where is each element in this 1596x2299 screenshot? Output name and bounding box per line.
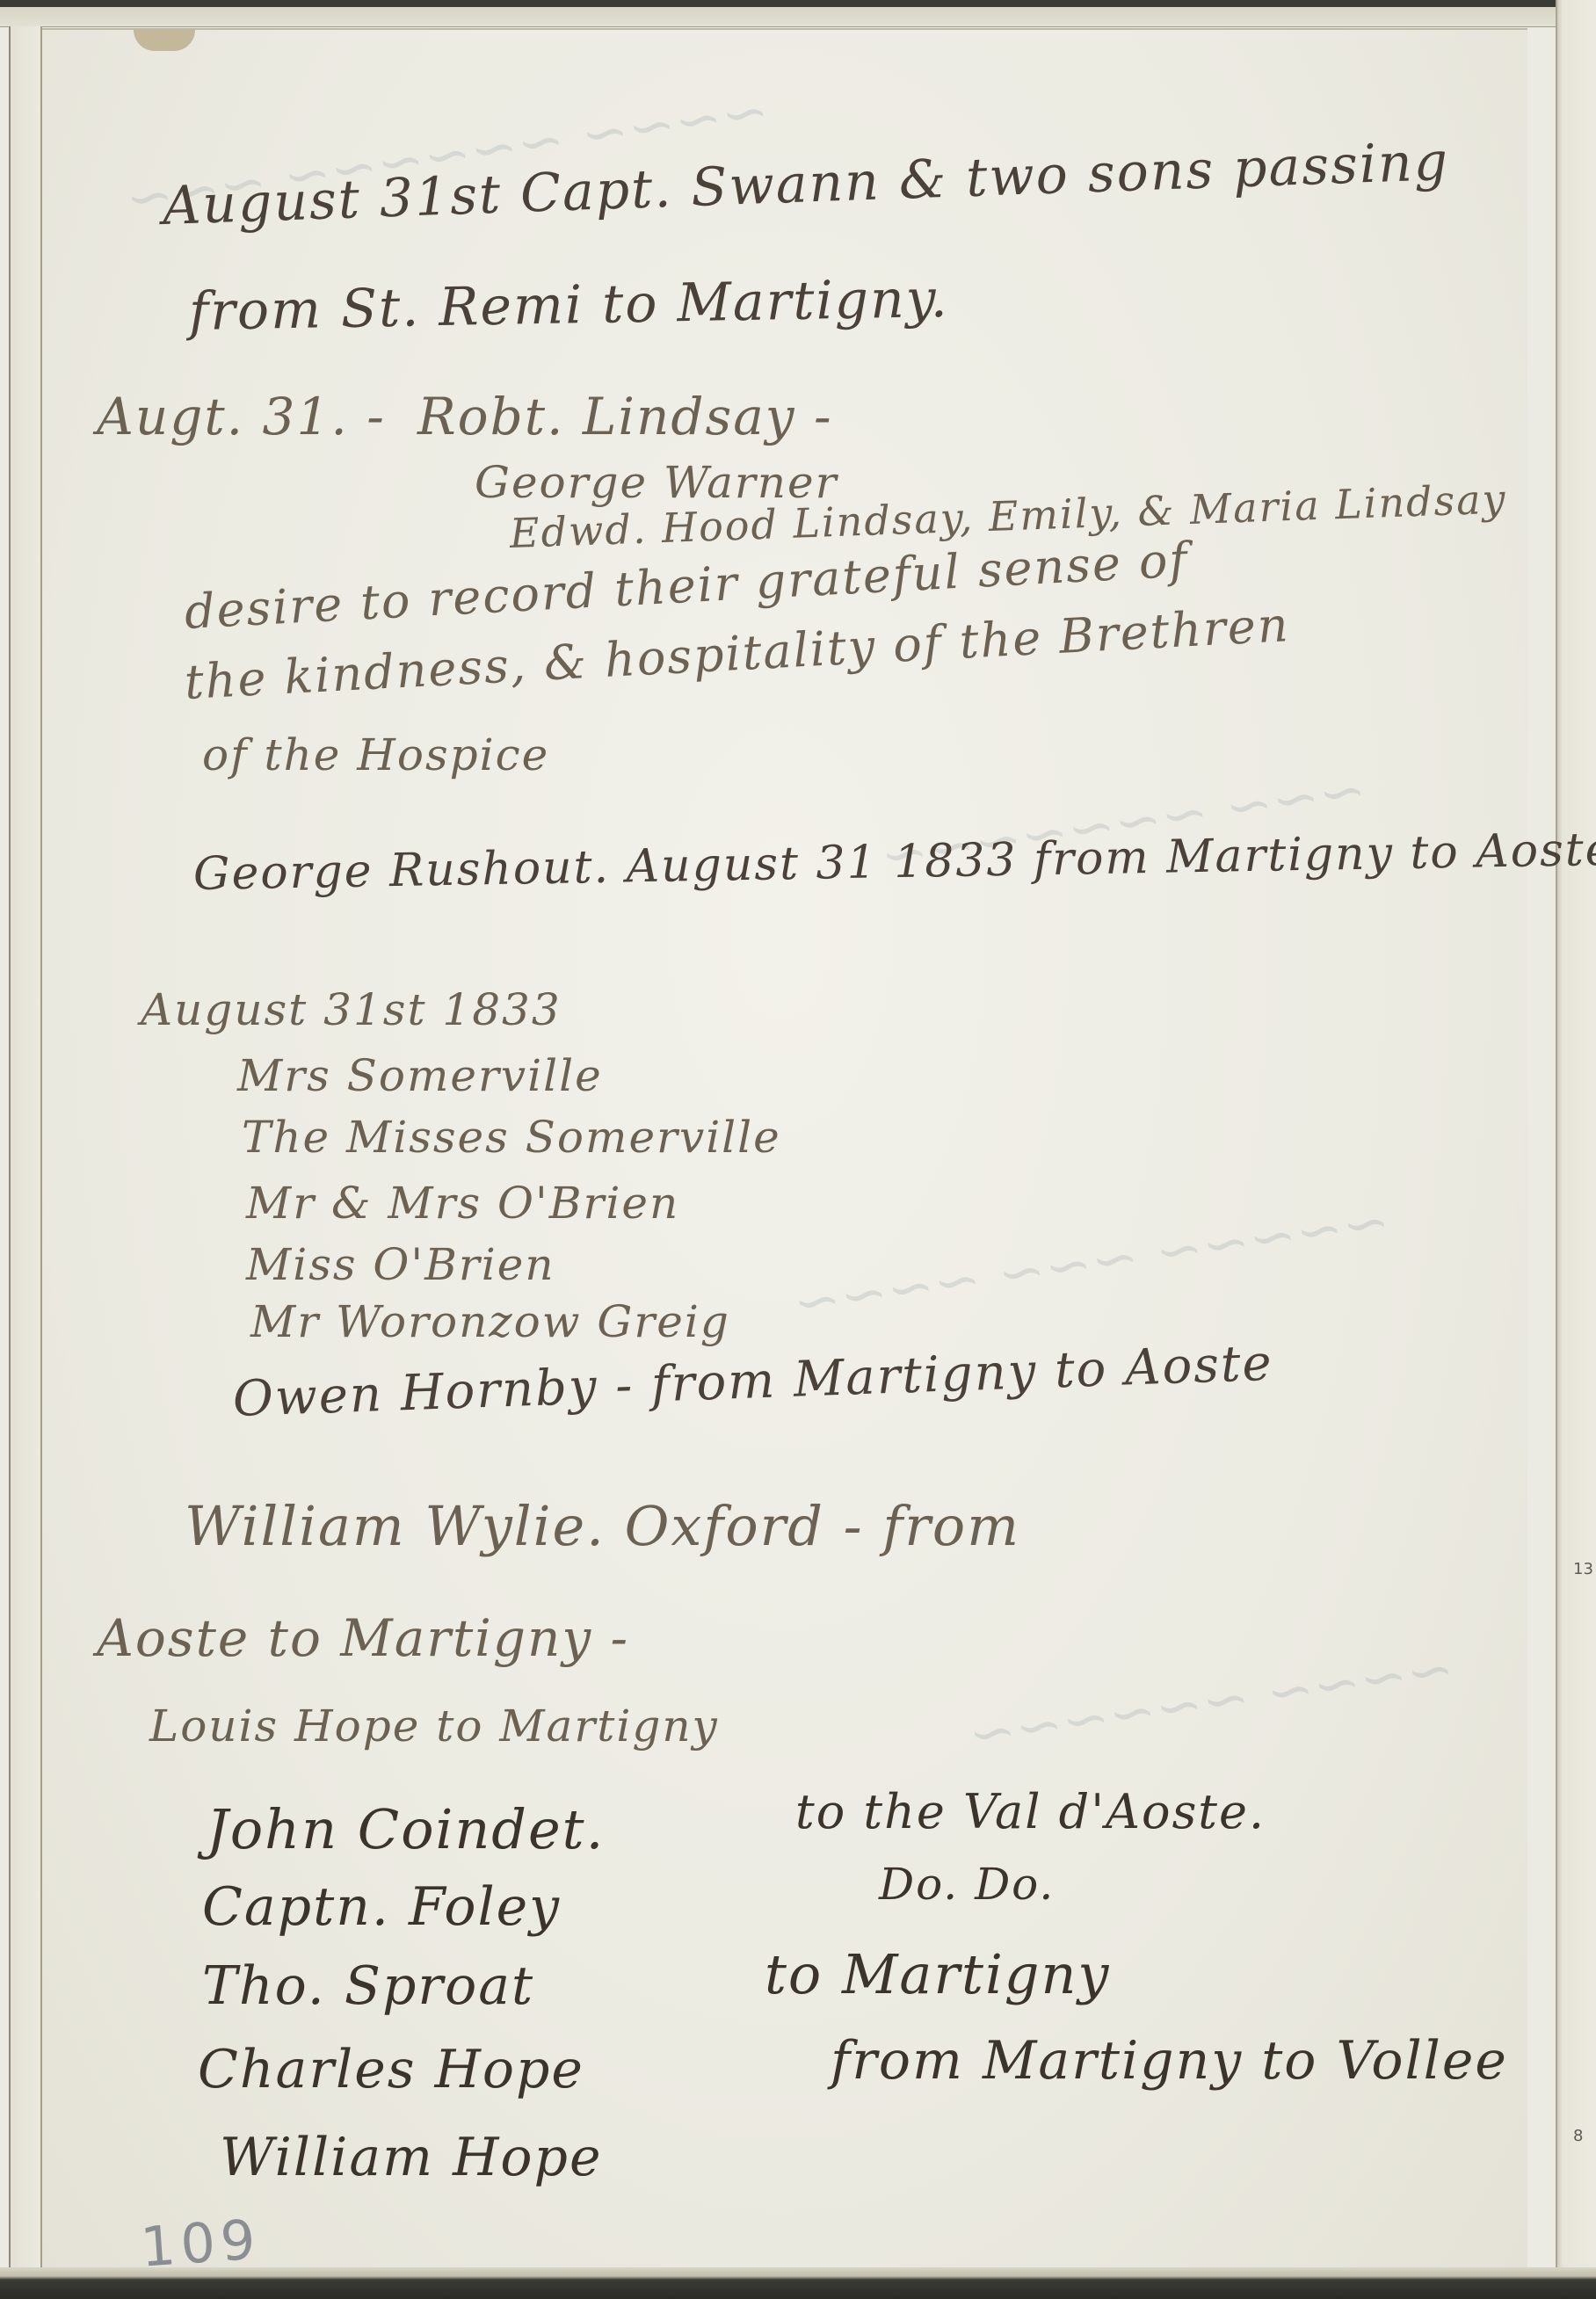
- entry-4-name-4: Miss O'Brien: [246, 1239, 555, 1290]
- entry-8-row-3-name: Tho. Sproat: [202, 1955, 534, 2017]
- entry-2-name-1: Robt. Lindsay -: [417, 387, 833, 446]
- page-number: 109: [139, 2207, 263, 2279]
- entry-8-row-5-name: William Hope: [220, 2127, 602, 2188]
- right-page-gutter: [1556, 0, 1596, 2299]
- binding-rules: [9, 26, 42, 2276]
- margin-mark: 8: [1573, 2127, 1583, 2145]
- entry-2-date: Augt. 31. -: [97, 387, 386, 446]
- margin-mark: 13: [1573, 1560, 1593, 1578]
- entry-8-row-2-route: Do. Do.: [879, 1859, 1055, 1910]
- entry-4-name-1: Mrs Somerville: [237, 1050, 603, 1101]
- entry-8-row-4-name: Charles Hope: [198, 2039, 584, 2100]
- entry-8-row-1-route: to the Val d'Aoste.: [795, 1784, 1266, 1839]
- entry-6-line-2: Aoste to Martigny -: [97, 1608, 629, 1668]
- entry-4-date: August 31st 1833: [141, 984, 562, 1035]
- entry-6-line-1: William Wylie. Oxford - from: [185, 1494, 1020, 1558]
- entry-4-name-2: The Misses Somerville: [242, 1112, 781, 1163]
- entry-4-name-5: Mr Woronzow Greig: [250, 1296, 730, 1347]
- entry-7-line-1: Louis Hope to Martigny: [149, 1701, 719, 1751]
- entry-8-row-4-route: from Martigny to Vollee: [831, 2030, 1508, 2092]
- entry-4-name-3: Mr & Mrs O'Brien: [246, 1178, 679, 1229]
- entry-8-row-2-name: Captn. Foley: [202, 1876, 561, 1938]
- manuscript-page: ~~~~ ~~~~~~ ~~~ ~~~ ~~~~~~~ ~~~~~ ~~~ ~~…: [0, 0, 1596, 2299]
- entry-2-line-3: of the Hospice: [202, 729, 549, 780]
- entry-8-row-3-route: to Martigny: [765, 1942, 1110, 2006]
- book-top-edge: [0, 0, 1596, 27]
- entry-8-row-1-name: John Coindet.: [207, 1797, 605, 1861]
